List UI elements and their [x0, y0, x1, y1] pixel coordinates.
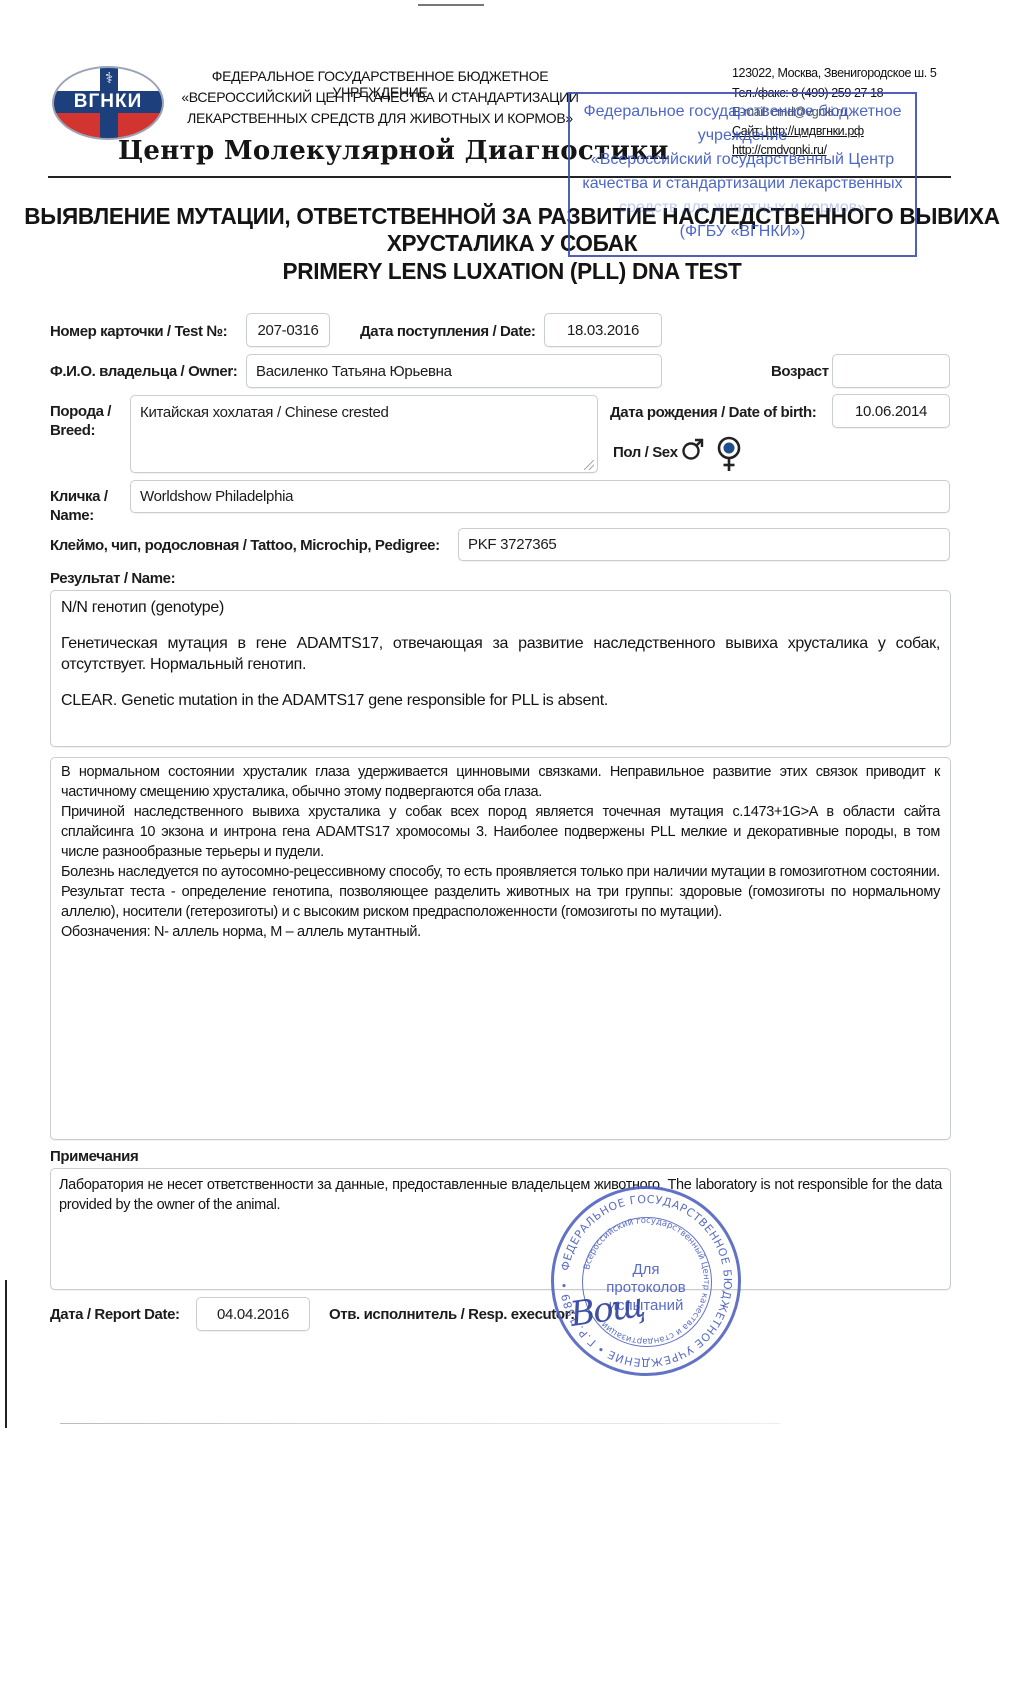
result-genotype: N/N генотип (genotype): [61, 597, 940, 618]
result-box[interactable]: N/N генотип (genotype) Генетическая мута…: [50, 590, 951, 747]
vgnki-logo: ⚕ ВГНКИ: [52, 66, 164, 140]
breed-label-ru: Порода /: [50, 402, 111, 421]
scan-line: [60, 1423, 780, 1424]
breed-value: Китайская хохлатая / Chinese crested: [140, 404, 389, 421]
report-date-label: Дата / Report Date:: [50, 1305, 180, 1324]
stamp-line-6: (ФГБУ «ВГНКИ»): [570, 220, 915, 244]
female-radio-icon-selected[interactable]: [716, 436, 742, 474]
org-line-2: «ВСЕРОССИЙСКИЙ ЦЕНТР КАЧЕСТВА И СТАНДАРТ…: [170, 89, 590, 105]
contact-address: 123022, Москва, Звенигородское ш. 5: [732, 66, 937, 80]
info-box[interactable]: В нормальном состоянии хрусталик глаза у…: [50, 757, 951, 1140]
date-of-birth-field[interactable]: 10.06.2014: [832, 394, 950, 428]
owner-field[interactable]: Василенко Татьяна Юрьевна: [246, 354, 662, 388]
stamp-line-3: «Всероссийский государственный Центр: [570, 148, 915, 172]
report-date-field[interactable]: 04.04.2016: [196, 1297, 310, 1331]
notes-box[interactable]: Лаборатория не несет ответственности за …: [50, 1168, 951, 1290]
resize-grip-icon[interactable]: [584, 460, 594, 470]
notes-label: Примечания: [50, 1147, 138, 1166]
age-field[interactable]: [832, 354, 950, 388]
stamp-line-2: учреждение: [570, 124, 915, 148]
title-line-3: PRIMERY LENS LUXATION (PLL) DNA TEST: [10, 258, 1014, 285]
tattoo-label: Клеймо, чип, родословная / Tattoo, Micro…: [50, 536, 440, 555]
info-paragraph-2: Причиной наследственного вывиха хрустали…: [61, 802, 940, 862]
stamp-line-5: средств для животных и кормов»: [570, 196, 915, 220]
result-label: Результат / Name:: [50, 569, 175, 588]
name-field[interactable]: Worldshow Philadelphia: [130, 480, 950, 513]
test-no-label: Номер карточки / Test №:: [50, 322, 227, 341]
executor-label: Отв. исполнитель / Resp. executor:: [329, 1305, 575, 1324]
round-seal: ФЕДЕРАЛЬНОЕ ГОСУДАРСТВЕННОЕ БЮДЖЕТНОЕ УЧ…: [551, 1186, 741, 1376]
name-label-en: Name:: [50, 506, 94, 525]
date-received-label: Дата поступления / Date:: [360, 322, 536, 341]
stamp-line-1: Федеральное государственное бюджетное: [570, 100, 915, 124]
result-ru-text: Генетическая мутация в гене ADAMTS17, от…: [61, 633, 940, 675]
scan-edge: [5, 1280, 7, 1428]
info-paragraph-1: В нормальном состоянии хрусталик глаза у…: [61, 762, 940, 802]
caduceus-icon: ⚕: [102, 69, 116, 89]
age-label: Возраст: [771, 362, 829, 381]
male-radio-icon[interactable]: [682, 438, 704, 460]
sex-label: Пол / Sex: [613, 443, 678, 462]
info-paragraph-3: Болезнь наследуется по аутосомно-рецесси…: [61, 862, 940, 922]
organization-stamp: Федеральное государственное бюджетное уч…: [568, 92, 917, 257]
date-of-birth-label: Дата рождения / Date of birth:: [610, 403, 816, 422]
logo-text: ВГНКИ: [54, 91, 162, 113]
seal-center-line-1: Для: [554, 1261, 738, 1279]
tattoo-field[interactable]: PKF 3727365: [458, 528, 950, 561]
test-no-field[interactable]: 207-0316: [246, 313, 330, 347]
name-label-ru: Кличка /: [50, 487, 108, 506]
stamp-line-4: качества и стандартизации лекарственных: [570, 172, 915, 196]
breed-field[interactable]: Китайская хохлатая / Chinese crested: [130, 395, 598, 473]
breed-label-en: Breed:: [50, 421, 95, 440]
result-en-text: CLEAR. Genetic mutation in the ADAMTS17 …: [61, 690, 940, 711]
org-line-3: ЛЕКАРСТВЕННЫХ СРЕДСТВ ДЛЯ ЖИВОТНЫХ И КОР…: [170, 110, 590, 126]
scan-mark: [418, 4, 484, 6]
notes-text: Лаборатория не несет ответственности за …: [59, 1175, 942, 1215]
owner-label: Ф.И.О. владельца / Owner:: [50, 362, 237, 381]
info-paragraph-4: Обозначения: N- аллель норма, M – аллель…: [61, 922, 940, 942]
date-received-field[interactable]: 18.03.2016: [544, 313, 662, 347]
